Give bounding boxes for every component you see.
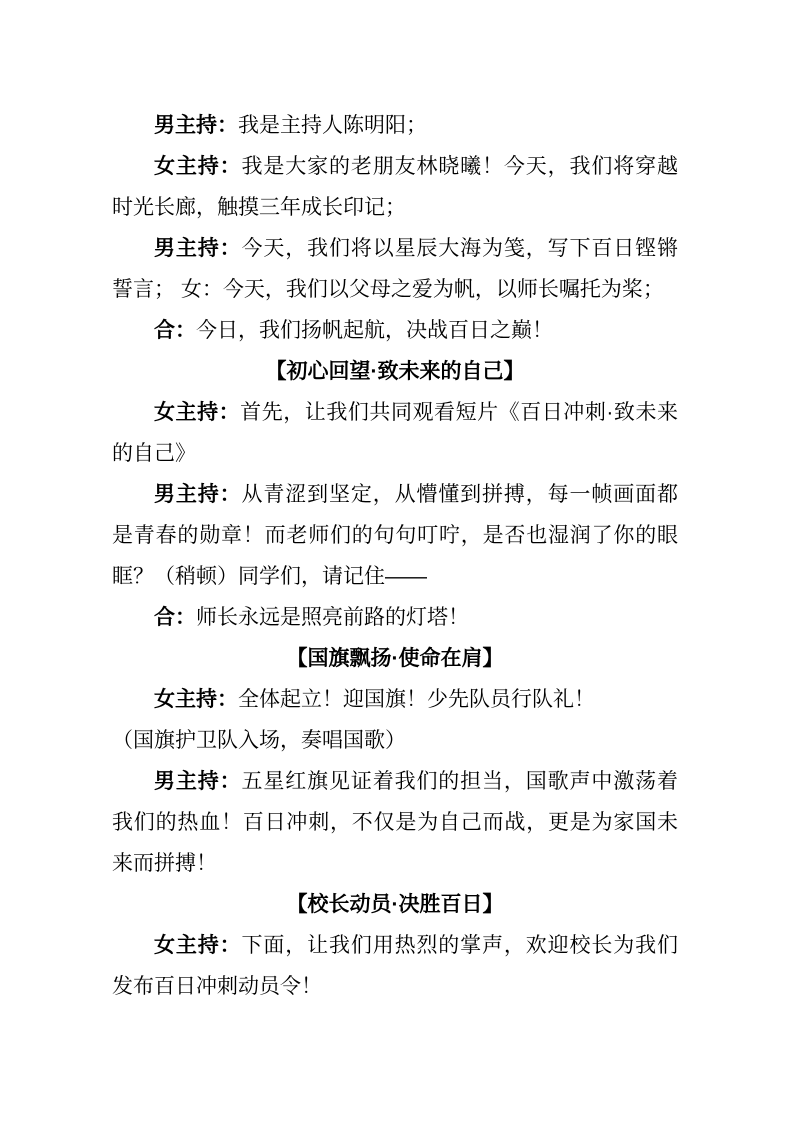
- speaker-label-male-host: 男主持：: [154, 770, 241, 793]
- dialogue-text: 全体起立！迎国旗！少先队员行队礼！: [238, 688, 595, 711]
- speaker-label-male-host: 男主持：: [154, 237, 241, 260]
- section-heading-looking-back: 【初心回望·致未来的自己】: [112, 351, 678, 392]
- script-paragraph: 女主持：下面，让我们用热烈的掌声，欢迎校长为我们发布百日冲刺动员令！: [112, 925, 678, 1007]
- script-paragraph: 合：今日，我们扬帆起航，决战百日之巅！: [112, 310, 678, 351]
- speaker-label-together: 合：: [154, 606, 196, 629]
- dialogue-text: 师长永远是照亮前路的灯塔！: [196, 606, 469, 629]
- script-paragraph: 男主持：从青涩到坚定，从懵懂到拼搏，每一帧画面都是青春的勋章！而老师们的句句叮咛…: [112, 474, 678, 597]
- speaker-label-male-host: 男主持：: [154, 483, 241, 506]
- speaker-label-female-host: 女主持：: [154, 934, 241, 957]
- speaker-label-male-host: 男主持：: [154, 114, 238, 137]
- script-paragraph: 男主持：今天，我们将以星辰大海为笺，写下百日铿锵誓言； 女：今天，我们以父母之爱…: [112, 228, 678, 310]
- speaker-label-female-host: 女主持：: [154, 401, 240, 424]
- speaker-label-together: 合：: [154, 319, 196, 342]
- script-paragraph: 女主持：全体起立！迎国旗！少先队员行队礼！: [112, 679, 678, 720]
- script-paragraph: 男主持：五星红旗见证着我们的担当，国歌声中激荡着我们的热血！百日冲刺，不仅是为自…: [112, 761, 678, 884]
- section-heading-principal-mobilization: 【校长动员·决胜百日】: [112, 884, 678, 925]
- dialogue-text: 今日，我们扬帆起航，决战百日之巅！: [196, 319, 553, 342]
- script-paragraph: 合：师长永远是照亮前路的灯塔！: [112, 597, 678, 638]
- speaker-label-female-host: 女主持：: [154, 155, 241, 178]
- stage-direction: （国旗护卫队入场，奏唱国歌）: [112, 720, 678, 761]
- section-heading-flag-raising: 【国旗飘扬·使命在肩】: [112, 638, 678, 679]
- script-paragraph: 男主持：我是主持人陈明阳；: [112, 105, 678, 146]
- dialogue-text: 我是主持人陈明阳；: [238, 114, 427, 137]
- speaker-label-female-host: 女主持：: [154, 688, 238, 711]
- script-paragraph: 女主持：首先，让我们共同观看短片《百日冲刺·致未来的自己》: [112, 392, 678, 474]
- document-page: 男主持：我是主持人陈明阳； 女主持：我是大家的老朋友林晓曦！今天，我们将穿越时光…: [0, 0, 793, 1122]
- script-paragraph: 女主持：我是大家的老朋友林晓曦！今天，我们将穿越时光长廊，触摸三年成长印记；: [112, 146, 678, 228]
